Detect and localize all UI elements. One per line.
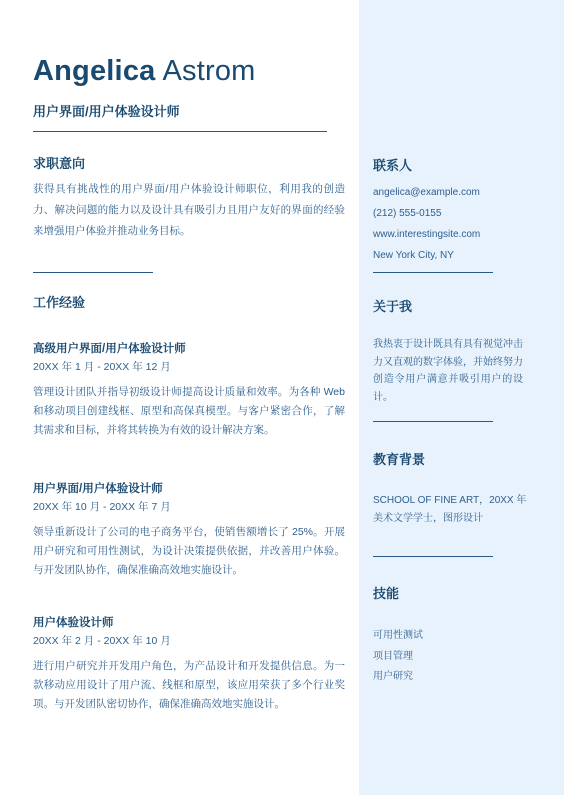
skill-item: 项目管理 xyxy=(373,647,546,668)
main-divider xyxy=(33,272,153,273)
job-description: 管理设计团队并指导初级设计师提高设计质量和效率。为各种 Web 和移动项目创建线… xyxy=(33,383,345,440)
about-text: 我热衷于设计既具有具有视觉冲击力又直观的数字体验，并始终努力创造令用户满意并吸引… xyxy=(373,336,523,406)
job-title: 用户体验设计师 xyxy=(33,616,345,630)
person-name: AngelicaAstrom xyxy=(33,55,345,87)
contact-location: New York City, NY xyxy=(373,245,546,266)
job-description: 领导重新设计了公司的电子商务平台，使销售额增长了 25%。开展用户研究和可用性测… xyxy=(33,523,345,580)
skill-item: 用户研究 xyxy=(373,667,546,688)
education-entry: SCHOOL OF FINE ART，20XX 年 美术文学学士，图形设计 xyxy=(373,492,546,528)
job-entry: 用户体验设计师 20XX 年 2 月 - 20XX 年 10 月 进行用户研究并… xyxy=(33,616,345,714)
contact-email: angelica@example.com xyxy=(373,182,546,203)
skill-item: 可用性测试 xyxy=(373,626,546,647)
job-entry: 用户界面/用户体验设计师 20XX 年 10 月 - 20XX 年 7 月 领导… xyxy=(33,482,345,580)
skills-section: 技能 可用性测试 项目管理 用户研究 xyxy=(373,586,546,688)
education-section: 教育背景 SCHOOL OF FINE ART，20XX 年 美术文学学士，图形… xyxy=(373,452,546,528)
experience-heading: 工作经验 xyxy=(33,295,345,311)
job-entry: 高级用户界面/用户体验设计师 20XX 年 1 月 - 20XX 年 12 月 … xyxy=(33,342,345,440)
sidebar: 联系人 angelica@example.com (212) 555-0155 … xyxy=(359,0,564,795)
first-name: Angelica xyxy=(33,55,155,87)
header-divider xyxy=(33,131,327,132)
education-school: SCHOOL OF FINE ART，20XX 年 xyxy=(373,492,546,510)
last-name: Astrom xyxy=(162,55,255,87)
contact-heading: 联系人 xyxy=(373,158,546,174)
sidebar-divider xyxy=(373,556,493,557)
job-dates: 20XX 年 1 月 - 20XX 年 12 月 xyxy=(33,360,345,374)
contact-phone: (212) 555-0155 xyxy=(373,203,546,224)
education-heading: 教育背景 xyxy=(373,452,546,468)
objective-section: 求职意向 获得具有挑战性的用户界面/用户体验设计师职位，利用我的创造力、解决问题… xyxy=(33,156,345,242)
about-heading: 关于我 xyxy=(373,299,546,315)
contact-list: angelica@example.com (212) 555-0155 www.… xyxy=(373,182,546,266)
experience-section: 工作经验 高级用户界面/用户体验设计师 20XX 年 1 月 - 20XX 年 … xyxy=(33,295,345,714)
resume-page: 联系人 angelica@example.com (212) 555-0155 … xyxy=(0,0,564,800)
skills-list: 可用性测试 项目管理 用户研究 xyxy=(373,626,546,688)
person-title: 用户界面/用户体验设计师 xyxy=(33,104,345,120)
job-description: 进行用户研究并开发用户角色，为产品设计和开发提供信息。为一款移动应用设计了用户流… xyxy=(33,657,345,714)
job-title: 高级用户界面/用户体验设计师 xyxy=(33,342,345,356)
contact-website: www.interestingsite.com xyxy=(373,224,546,245)
objective-text: 获得具有挑战性的用户界面/用户体验设计师职位，利用我的创造力、解决问题的能力以及… xyxy=(33,179,345,242)
sidebar-divider xyxy=(373,421,493,422)
skills-heading: 技能 xyxy=(373,586,546,602)
job-title: 用户界面/用户体验设计师 xyxy=(33,482,345,496)
education-degree: 美术文学学士，图形设计 xyxy=(373,510,546,528)
job-dates: 20XX 年 2 月 - 20XX 年 10 月 xyxy=(33,634,345,648)
job-dates: 20XX 年 10 月 - 20XX 年 7 月 xyxy=(33,500,345,514)
objective-heading: 求职意向 xyxy=(33,156,345,172)
sidebar-divider xyxy=(373,272,493,273)
contact-section: 联系人 angelica@example.com (212) 555-0155 … xyxy=(373,158,546,266)
about-section: 关于我 我热衷于设计既具有具有视觉冲击力又直观的数字体验，并始终努力创造令用户满… xyxy=(373,299,546,406)
resume-header: AngelicaAstrom 用户界面/用户体验设计师 xyxy=(33,55,345,132)
